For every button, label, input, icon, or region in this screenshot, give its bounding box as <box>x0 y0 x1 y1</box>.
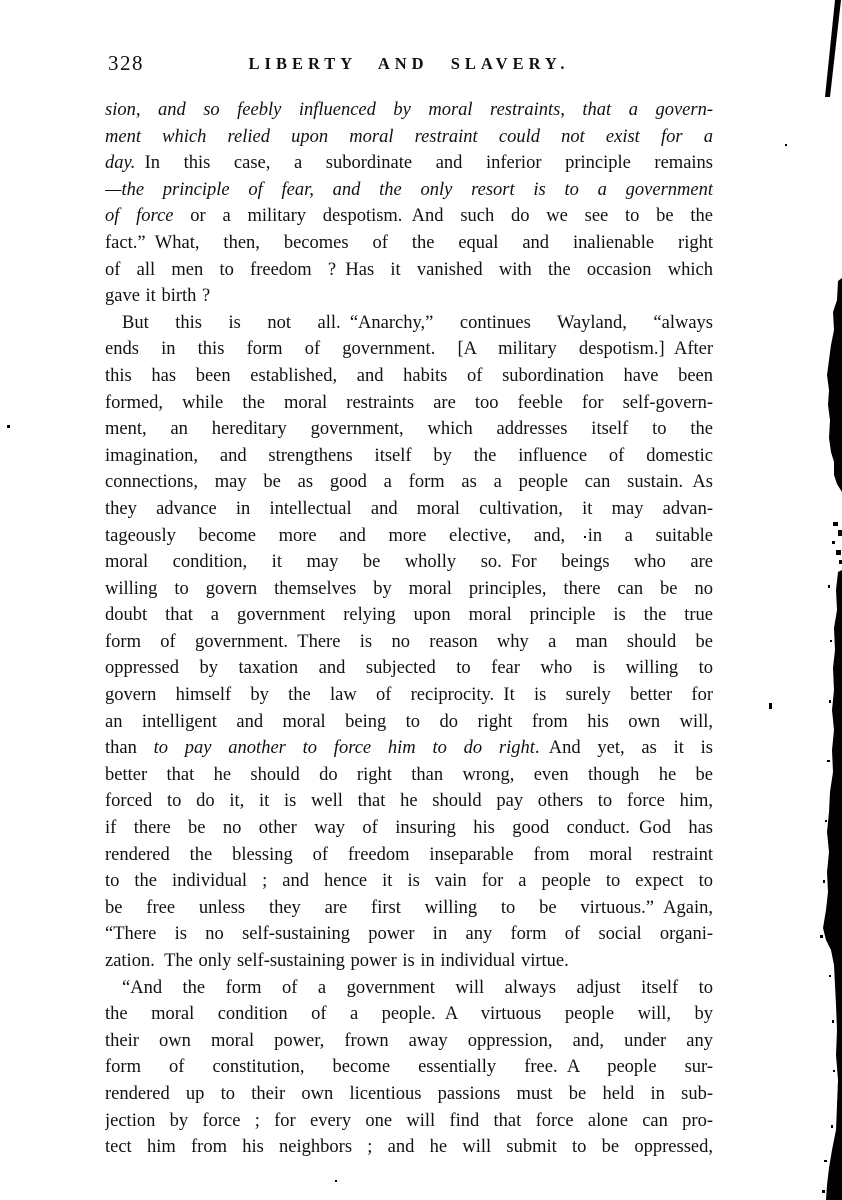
text-run: the moral condition of a people. A virtu… <box>105 1004 713 1024</box>
text-line: day. In this case, a subordinate and inf… <box>105 150 713 177</box>
italic-text-run: to pay another to force him to do right <box>154 738 535 758</box>
text-run: tageously become more and more elective,… <box>105 526 713 546</box>
text-line: rendered up to their own licentious pass… <box>105 1081 713 1108</box>
text-run: rendered the blessing of freedom insepar… <box>105 845 713 865</box>
scan-speck <box>838 530 842 536</box>
scan-speck <box>769 703 772 709</box>
text-run: forced to do it, it is well that he shou… <box>105 791 713 811</box>
paragraph: “And the form of a government will alway… <box>105 975 713 1161</box>
text-line: jection by force ; for every one will fi… <box>105 1108 713 1135</box>
text-line: form of constitution, become essentially… <box>105 1054 713 1081</box>
text-line: “There is no self-sustaining power in an… <box>105 921 713 948</box>
text-run: rendered up to their own licentious pass… <box>105 1084 713 1104</box>
text-run: form of constitution, become essentially… <box>105 1057 713 1077</box>
text-line: of all men to freedom ? Has it vanished … <box>105 257 713 284</box>
scan-speck <box>820 935 823 938</box>
text-line: moral condition, it may be wholly so. Fo… <box>105 549 713 576</box>
scan-speck <box>824 1160 827 1162</box>
scan-speck <box>823 880 825 883</box>
text-run: to the individual ; and hence it is vain… <box>105 871 713 891</box>
text-run: connections, may be as good a form as a … <box>105 472 713 492</box>
text-run: zation. The only self-sustaining power i… <box>105 951 569 971</box>
text-run: But this is not all. “Anarchy,” continue… <box>122 313 713 333</box>
text-line: “And the form of a government will alway… <box>105 975 713 1002</box>
scan-speck <box>335 1180 337 1182</box>
text-line: rendered the blessing of freedom insepar… <box>105 842 713 869</box>
running-header: 328 LIBERTY AND SLAVERY. <box>105 50 713 80</box>
scan-speck <box>785 144 787 146</box>
text-run: be free unless they are first willing to… <box>105 898 713 918</box>
text-run: In this case, a subordinate and inferior… <box>135 153 713 173</box>
text-run: of all men to freedom ? Has it vanished … <box>105 260 713 280</box>
text-line: better that he should do right than wron… <box>105 762 713 789</box>
scan-artifact-right-band-lower <box>823 570 842 1200</box>
text-run: if there be no other way of insuring his… <box>105 818 713 838</box>
italic-text-run: sion, and so feebly influenced by moral … <box>105 100 713 120</box>
text-body: sion, and so feebly influenced by moral … <box>105 97 713 1161</box>
scan-artifact-top-right-line <box>825 0 841 97</box>
text-line: this has been established, and habits of… <box>105 363 713 390</box>
text-run: better that he should do right than wron… <box>105 765 713 785</box>
text-line: of force or a military despotism. And su… <box>105 203 713 230</box>
italic-text-run: day. <box>105 153 135 173</box>
scan-speck <box>825 820 827 822</box>
text-line: they advance in intellectual and moral c… <box>105 496 713 523</box>
scan-speck <box>827 760 830 762</box>
scan-artifact-right-band-upper <box>827 278 842 492</box>
italic-text-run: —the principle of fear, and the only res… <box>105 180 713 200</box>
text-run: than <box>105 738 154 758</box>
text-run: ends in this form of government. [A mili… <box>105 339 713 359</box>
scan-speck <box>828 585 830 588</box>
text-line: ment, an hereditary government, which ad… <box>105 416 713 443</box>
text-line: ment which relied upon moral restraint c… <box>105 124 713 151</box>
text-line: willing to govern themselves by moral pr… <box>105 576 713 603</box>
text-line: tect him from his neighbors ; and he wil… <box>105 1134 713 1161</box>
text-run: jection by force ; for every one will fi… <box>105 1111 713 1131</box>
scan-speck <box>832 1020 834 1023</box>
text-line: —the principle of fear, and the only res… <box>105 177 713 204</box>
italic-text-run: of force <box>105 206 174 226</box>
text-run: imagination, and strengthens itself by t… <box>105 446 713 466</box>
scan-speck-left-margin <box>7 425 10 428</box>
text-run: formed, while the moral restraints are t… <box>105 393 713 413</box>
text-line: form of government. There is no reason w… <box>105 629 713 656</box>
scan-speck <box>832 541 835 544</box>
text-line: the moral condition of a people. A virtu… <box>105 1001 713 1028</box>
text-run: their own moral power, frown away oppres… <box>105 1031 713 1051</box>
scan-speck <box>830 640 832 642</box>
text-line: be free unless they are first willing to… <box>105 895 713 922</box>
scan-speck <box>829 700 831 703</box>
text-line: But this is not all. “Anarchy,” continue… <box>105 310 713 337</box>
text-line: govern himself by the law of reciprocity… <box>105 682 713 709</box>
text-run: they advance in intellectual and moral c… <box>105 499 713 519</box>
text-line: ends in this form of government. [A mili… <box>105 336 713 363</box>
page-number: 328 <box>108 51 144 76</box>
scan-speck <box>836 550 841 555</box>
text-line: connections, may be as good a form as a … <box>105 469 713 496</box>
text-run: “And the form of a government will alway… <box>122 978 713 998</box>
text-line: oppressed by taxation and subjected to f… <box>105 655 713 682</box>
scan-speck <box>822 1190 825 1193</box>
running-header-title: LIBERTY AND SLAVERY. <box>105 50 713 74</box>
text-line: fact.” What, then, becomes of the equal … <box>105 230 713 257</box>
text-run: ment, an hereditary government, which ad… <box>105 419 713 439</box>
text-line: forced to do it, it is well that he shou… <box>105 788 713 815</box>
text-run: oppressed by taxation and subjected to f… <box>105 658 713 678</box>
text-line: sion, and so feebly influenced by moral … <box>105 97 713 124</box>
text-run: doubt that a government relying upon mor… <box>105 605 713 625</box>
text-line: than to pay another to force him to do r… <box>105 735 713 762</box>
text-run: willing to govern themselves by moral pr… <box>105 579 713 599</box>
scan-speck <box>833 1070 835 1072</box>
paragraph: sion, and so feebly influenced by moral … <box>105 97 713 310</box>
text-run: this has been established, and habits of… <box>105 366 713 386</box>
scan-speck <box>833 522 838 526</box>
text-line: if there be no other way of insuring his… <box>105 815 713 842</box>
text-line: zation. The only self-sustaining power i… <box>105 948 713 975</box>
text-run: “There is no self-sustaining power in an… <box>105 924 713 944</box>
text-line: their own moral power, frown away oppres… <box>105 1028 713 1055</box>
scanned-book-page: 328 LIBERTY AND SLAVERY. sion, and so fe… <box>0 0 842 1200</box>
text-run: gave it birth ? <box>105 286 210 306</box>
text-line: imagination, and strengthens itself by t… <box>105 443 713 470</box>
text-run: form of government. There is no reason w… <box>105 632 713 652</box>
text-run: an intelligent and moral being to do rig… <box>105 712 713 732</box>
text-line: tageously become more and more elective,… <box>105 523 713 550</box>
paragraph: But this is not all. “Anarchy,” continue… <box>105 310 713 975</box>
text-line: gave it birth ? <box>105 283 713 310</box>
scan-speck <box>831 1125 833 1128</box>
text-run: . And yet, as it is <box>535 738 713 758</box>
text-line: formed, while the moral restraints are t… <box>105 390 713 417</box>
text-run: govern himself by the law of reciprocity… <box>105 685 713 705</box>
text-line: doubt that a government relying upon mor… <box>105 602 713 629</box>
text-line: to the individual ; and hence it is vain… <box>105 868 713 895</box>
italic-text-run: ment which relied upon moral restraint c… <box>105 127 713 147</box>
text-run: tect him from his neighbors ; and he wil… <box>105 1137 713 1157</box>
text-run: moral condition, it may be wholly so. Fo… <box>105 552 713 572</box>
text-line: an intelligent and moral being to do rig… <box>105 709 713 736</box>
scan-speck <box>829 975 831 977</box>
text-run: or a military despotism. And such do we … <box>174 206 714 226</box>
text-run: fact.” What, then, becomes of the equal … <box>105 233 713 253</box>
